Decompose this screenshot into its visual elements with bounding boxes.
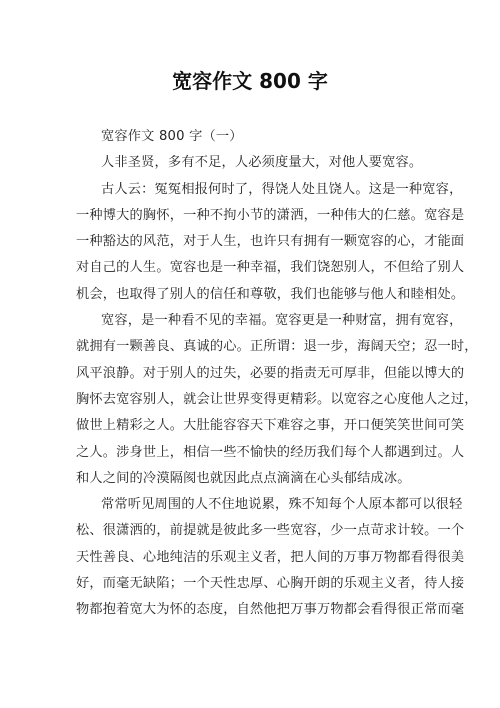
text-line: 机会，也取得了别人的信任和尊敬，我们也能够与他人和睦相处。 (76, 282, 428, 308)
text-line: 风平浪静。对于别人的过失，必要的指责无可厚非，但能以博大的 (76, 361, 428, 387)
text-line: 对自己的人生。宽容也是一种幸福，我们饶恕别人，不但给了别人 (76, 255, 428, 281)
document-page: 宽容作文 800 字 宽容作文 800 字（一） 人非圣贤，多有不足，人必须度量… (0, 0, 500, 708)
text-line: 人非圣贤，多有不足，人必须度量大，对他人要宽容。 (76, 150, 428, 176)
text-line: 一种豁达的风范，对于人生，也许只有拥有一颗宽容的心，才能面 (76, 229, 428, 255)
text-line: 就拥有一颗善良、真诚的心。正所谓：退一步，海阔天空；忍一时， (76, 334, 428, 360)
text-line: 常常听见周围的人不住地说累，殊不知每个人原本都可以很轻 (76, 492, 428, 518)
text-line: 古人云：冤冤相报何时了，得饶人处且饶人。这是一种宽容， (76, 177, 428, 203)
text-line: 宽容，是一种看不见的幸福。宽容更是一种财富，拥有宽容， (76, 308, 428, 334)
document-title: 宽容作文 800 字 (0, 66, 500, 96)
text-line: 之人。涉身世上，相信一些不愉快的经历我们每个人都遇到过。人 (76, 440, 428, 466)
text-line: 一种博大的胸怀，一种不拘小节的潇洒，一种伟大的仁慈。宽容是 (76, 203, 428, 229)
text-line: 胸怀去宽容别人，就会让世界变得更精彩。以宽容之心度他人之过， (76, 387, 428, 413)
text-line: 天性善良、心地纯洁的乐观主义者，把人间的万事万物都看得很美 (76, 545, 428, 571)
text-line: 松、很潇洒的，前提就是彼此多一些宽容，少一点苛求计较。一个 (76, 518, 428, 544)
document-body: 宽容作文 800 字（一） 人非圣贤，多有不足，人必须度量大，对他人要宽容。古人… (76, 124, 428, 624)
section-heading: 宽容作文 800 字（一） (76, 124, 428, 150)
text-line: 好，而毫无缺陷；一个天性忠厚、心胸开朗的乐观主义者，待人接 (76, 571, 428, 597)
text-line: 做世上精彩之人。大肚能容容天下难容之事，开口便笑笑世间可笑 (76, 413, 428, 439)
text-line: 物都抱着宽大为怀的态度，自然他把万事万物都会看得很正常而毫 (76, 597, 428, 623)
text-line: 和人之间的冷漠隔阂也就因此点点滴滴在心头郁结成冰。 (76, 466, 428, 492)
paragraph-lines: 人非圣贤，多有不足，人必须度量大，对他人要宽容。古人云：冤冤相报何时了，得饶人处… (76, 150, 428, 623)
